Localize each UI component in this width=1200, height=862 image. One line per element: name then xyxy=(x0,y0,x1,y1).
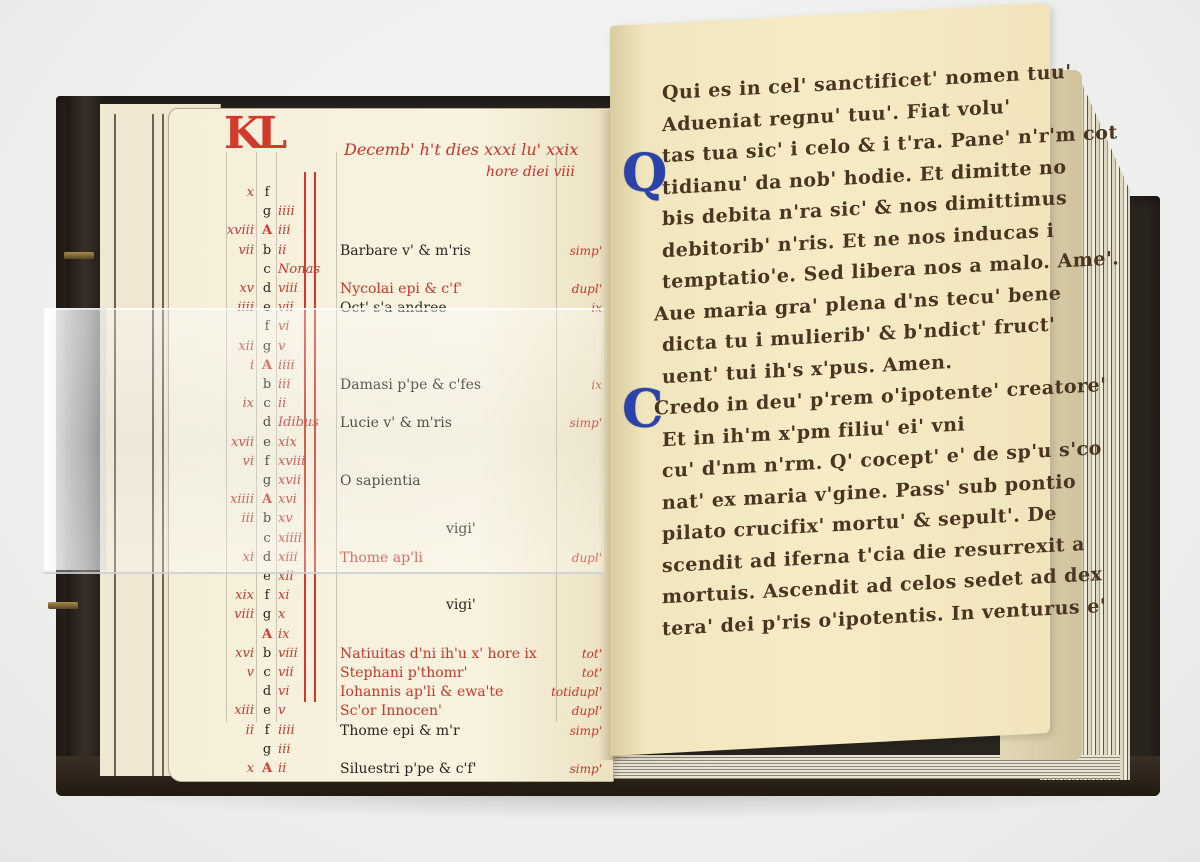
calendar-heading-hours: hore diei viii xyxy=(486,164,575,180)
acrylic-strap-edge xyxy=(44,308,106,570)
prayer-lines: Qui es in cel' sanctificet' nomen tuu'Ad… xyxy=(662,57,1062,645)
roman-day: ii xyxy=(278,758,318,780)
vigil-note: vigi' xyxy=(446,594,476,616)
kl-initial: KL xyxy=(224,112,281,156)
calendar-row: xAiiSiluestri p'pe & c'f'simp' xyxy=(196,758,606,780)
golden-number: x xyxy=(226,758,254,780)
prayer-text: Qui es in cel' sanctificet' nomen tuu'Ad… xyxy=(628,57,1062,647)
acrylic-strap xyxy=(44,308,604,574)
feast-name: Siluestri p'pe & c'f' xyxy=(340,758,476,780)
dominical-letter: A xyxy=(260,758,274,780)
feast-grade: simp' xyxy=(570,758,602,780)
clasp-pin-upper xyxy=(64,252,94,259)
clasp-pin-lower xyxy=(48,602,78,609)
calendar-heading: Decemb' h't dies xxxi lu' xxix xyxy=(344,140,578,159)
